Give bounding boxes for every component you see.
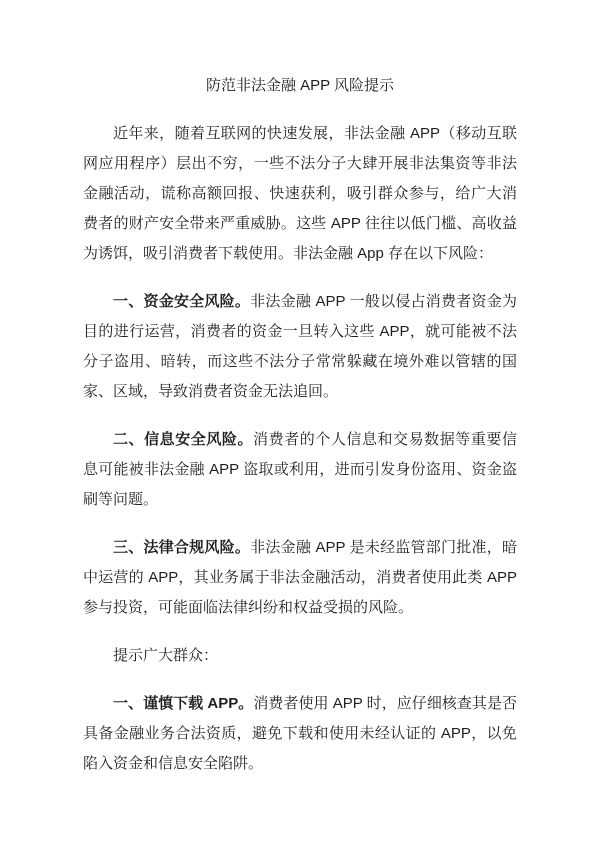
document-title: 防范非法金融 APP 风险提示 xyxy=(83,71,517,101)
paragraph-body: 提示广大群众： xyxy=(113,647,218,664)
paragraph-lead: 一、谨慎下载 APP。 xyxy=(113,695,253,712)
paragraph-body: 近年来，随着互联网的快速发展，非法金融 APP（移动互联网应用程序）层出不穷，一… xyxy=(83,125,517,262)
paragraph-lead: 一、资金安全风险。 xyxy=(113,293,250,310)
paragraph-risk-legal: 三、法律合规风险。非法金融 APP 是未经监管部门批准，暗中运营的 APP，其业… xyxy=(83,533,517,623)
paragraph-lead: 二、信息安全风险。 xyxy=(113,431,253,448)
paragraph-intro: 近年来，随着互联网的快速发展，非法金融 APP（移动互联网应用程序）层出不穷，一… xyxy=(83,119,517,269)
paragraph-risk-information: 二、信息安全风险。消费者的个人信息和交易数据等重要信息可能被非法金融 APP 盗… xyxy=(83,425,517,515)
paragraph-advice-download: 一、谨慎下载 APP。消费者使用 APP 时，应仔细核查其是否具备金融业务合法资… xyxy=(83,689,517,779)
paragraph-advice-heading: 提示广大群众： xyxy=(83,641,517,671)
document-page: 防范非法金融 APP 风险提示 近年来，随着互联网的快速发展，非法金融 APP（… xyxy=(0,0,600,848)
paragraph-lead: 三、法律合规风险。 xyxy=(113,539,250,556)
paragraph-risk-funds: 一、资金安全风险。非法金融 APP 一般以侵占消费者资金为目的进行运营，消费者的… xyxy=(83,287,517,407)
